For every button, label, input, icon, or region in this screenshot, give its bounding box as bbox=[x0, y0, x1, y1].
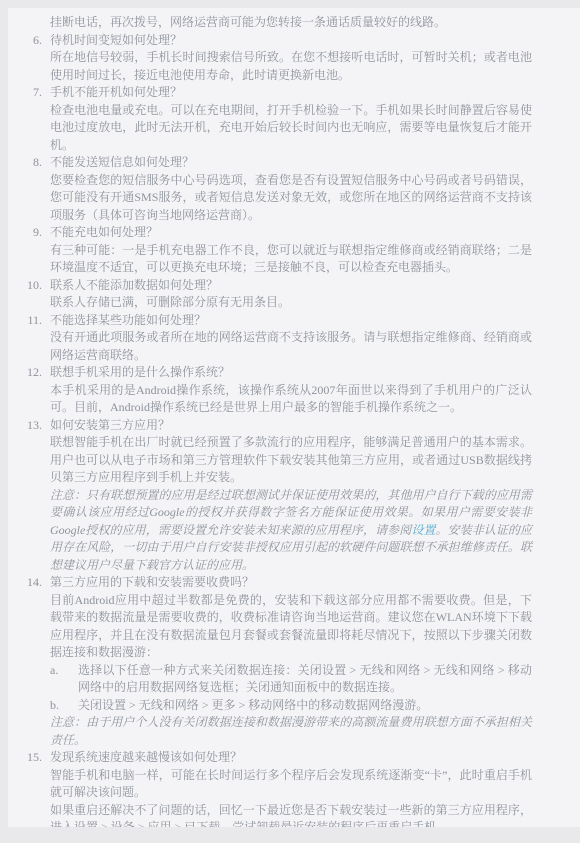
sub-item-label: a. bbox=[50, 662, 70, 680]
answer: 有三种可能：一是手机充电器工作不良，您可以就近与联想指定维修商或经销商联络；二是… bbox=[50, 242, 532, 277]
faq-item-14: 14. 第三方应用的下载和安装需要收费吗？ 目前Android应用中超过半数都是… bbox=[50, 574, 532, 749]
sub-item-text: 关闭设置 > 无线和网络 > 更多 > 移动网络中的移动数据网络漫游。 bbox=[78, 697, 532, 715]
answer: 目前Android应用中超过半数都是免费的，安装和下载这部分应用都不需要收费。但… bbox=[50, 592, 532, 662]
answer: 智能手机和电脑一样，可能在长时间运行多个程序后会发现系统逐渐变“卡”，此时重启手… bbox=[50, 767, 532, 802]
note-paragraph: 注意：只有联想预置的应用是经过联想测试并保证使用效果的，其他用户自行下载的应用需… bbox=[50, 487, 532, 575]
item-number: 11. bbox=[22, 312, 42, 330]
answer: 所在地信号较弱，手机长时间搜索信号所致。在您不想接听电话时，可暂时关机；或者电池… bbox=[50, 49, 532, 84]
answer: 联系人存储已满，可删除部分原有无用条目。 bbox=[50, 294, 532, 312]
sub-item-text: 选择以下任意一种方式来关闭数据连接：关闭设置 > 无线和网络 > 无线和网络 >… bbox=[78, 662, 532, 697]
question: 不能发送短信息如何处理？ bbox=[50, 154, 532, 172]
faq-item-12: 12. 联想手机采用的是什么操作系统？ 本手机采用的是Android操作系统，该… bbox=[50, 364, 532, 417]
item-number: 13. bbox=[22, 417, 42, 435]
faq-item-10: 10. 联系人不能添加数据如何处理？ 联系人存储已满，可删除部分原有无用条目。 bbox=[50, 277, 532, 312]
question: 发现系统速度越来越慢该如何处理？ bbox=[50, 749, 532, 767]
faq-item-15: 15. 发现系统速度越来越慢该如何处理？ 智能手机和电脑一样，可能在长时间运行多… bbox=[50, 749, 532, 827]
continuation-paragraph: 挂断电话，再次拨号，网络运营商可能为您转接一条通话质量较好的线路。 bbox=[50, 14, 532, 32]
question: 联系人不能添加数据如何处理？ bbox=[50, 277, 532, 295]
note-paragraph: 注意：由于用户个人没有关闭数据连接和数据漫游带来的高额流量费用联想方面不承担相关… bbox=[50, 714, 532, 749]
question: 不能充电如何处理？ bbox=[50, 224, 532, 242]
question: 待机时间变短如何处理？ bbox=[50, 32, 532, 50]
sub-item-label: b. bbox=[50, 697, 70, 715]
question: 第三方应用的下载和安装需要收费吗？ bbox=[50, 574, 532, 592]
answer: 没有开通此项服务或者所在地的网络运营商不支持该服务。请与联想指定维修商、经销商或… bbox=[50, 329, 532, 364]
document-page: 挂断电话，再次拨号，网络运营商可能为您转接一条通话质量较好的线路。 6. 待机时… bbox=[8, 8, 580, 827]
answer: 本手机采用的是Android操作系统，该操作系统从2007年面世以来得到了手机用… bbox=[50, 382, 532, 417]
question: 手机不能开机如何处理？ bbox=[50, 84, 532, 102]
answer: 您要检查您的短信服务中心号码选项，查看您是否有设置短信服务中心号码或者号码错误，… bbox=[50, 172, 532, 225]
item-number: 15. bbox=[22, 749, 42, 767]
answer: 检查电池电量或充电。可以在充电期间，打开手机检验一下。手机如果长时间静置后容易使… bbox=[50, 102, 532, 155]
sub-item-b: b. 关闭设置 > 无线和网络 > 更多 > 移动网络中的移动数据网络漫游。 bbox=[50, 697, 532, 715]
faq-item-7: 7. 手机不能开机如何处理？ 检查电池电量或充电。可以在充电期间，打开手机检验一… bbox=[50, 84, 532, 154]
item-number: 8. bbox=[22, 154, 42, 172]
question: 不能选择某些功能如何处理？ bbox=[50, 312, 532, 330]
faq-content: 挂断电话，再次拨号，网络运营商可能为您转接一条通话质量较好的线路。 6. 待机时… bbox=[8, 8, 580, 827]
faq-item-13: 13. 如何安装第三方应用？ 联想智能手机在出厂时就已经预置了多款流行的应用程序… bbox=[50, 417, 532, 575]
question: 联想手机采用的是什么操作系统？ bbox=[50, 364, 532, 382]
item-number: 14. bbox=[22, 574, 42, 592]
settings-link[interactable]: 设置 bbox=[411, 523, 435, 537]
answer-continued: 如果重启还解决不了问题的话，回忆一下最近您是否下载安装过一些新的第三方应用程序，… bbox=[50, 802, 532, 828]
question: 如何安装第三方应用？ bbox=[50, 417, 532, 435]
item-number: 9. bbox=[22, 224, 42, 242]
faq-item-9: 9. 不能充电如何处理？ 有三种可能：一是手机充电器工作不良，您可以就近与联想指… bbox=[50, 224, 532, 277]
item-number: 7. bbox=[22, 84, 42, 102]
answer: 联想智能手机在出厂时就已经预置了多款流行的应用程序，能够满足普通用户的基本需求。… bbox=[50, 434, 532, 487]
item-number: 12. bbox=[22, 364, 42, 382]
faq-item-6: 6. 待机时间变短如何处理？ 所在地信号较弱，手机长时间搜索信号所致。在您不想接… bbox=[50, 32, 532, 85]
sub-item-a: a. 选择以下任意一种方式来关闭数据连接：关闭设置 > 无线和网络 > 无线和网… bbox=[50, 662, 532, 697]
item-number: 10. bbox=[22, 277, 42, 295]
item-number: 6. bbox=[22, 32, 42, 50]
faq-item-11: 11. 不能选择某些功能如何处理？ 没有开通此项服务或者所在地的网络运营商不支持… bbox=[50, 312, 532, 365]
faq-item-8: 8. 不能发送短信息如何处理？ 您要检查您的短信服务中心号码选项，查看您是否有设… bbox=[50, 154, 532, 224]
